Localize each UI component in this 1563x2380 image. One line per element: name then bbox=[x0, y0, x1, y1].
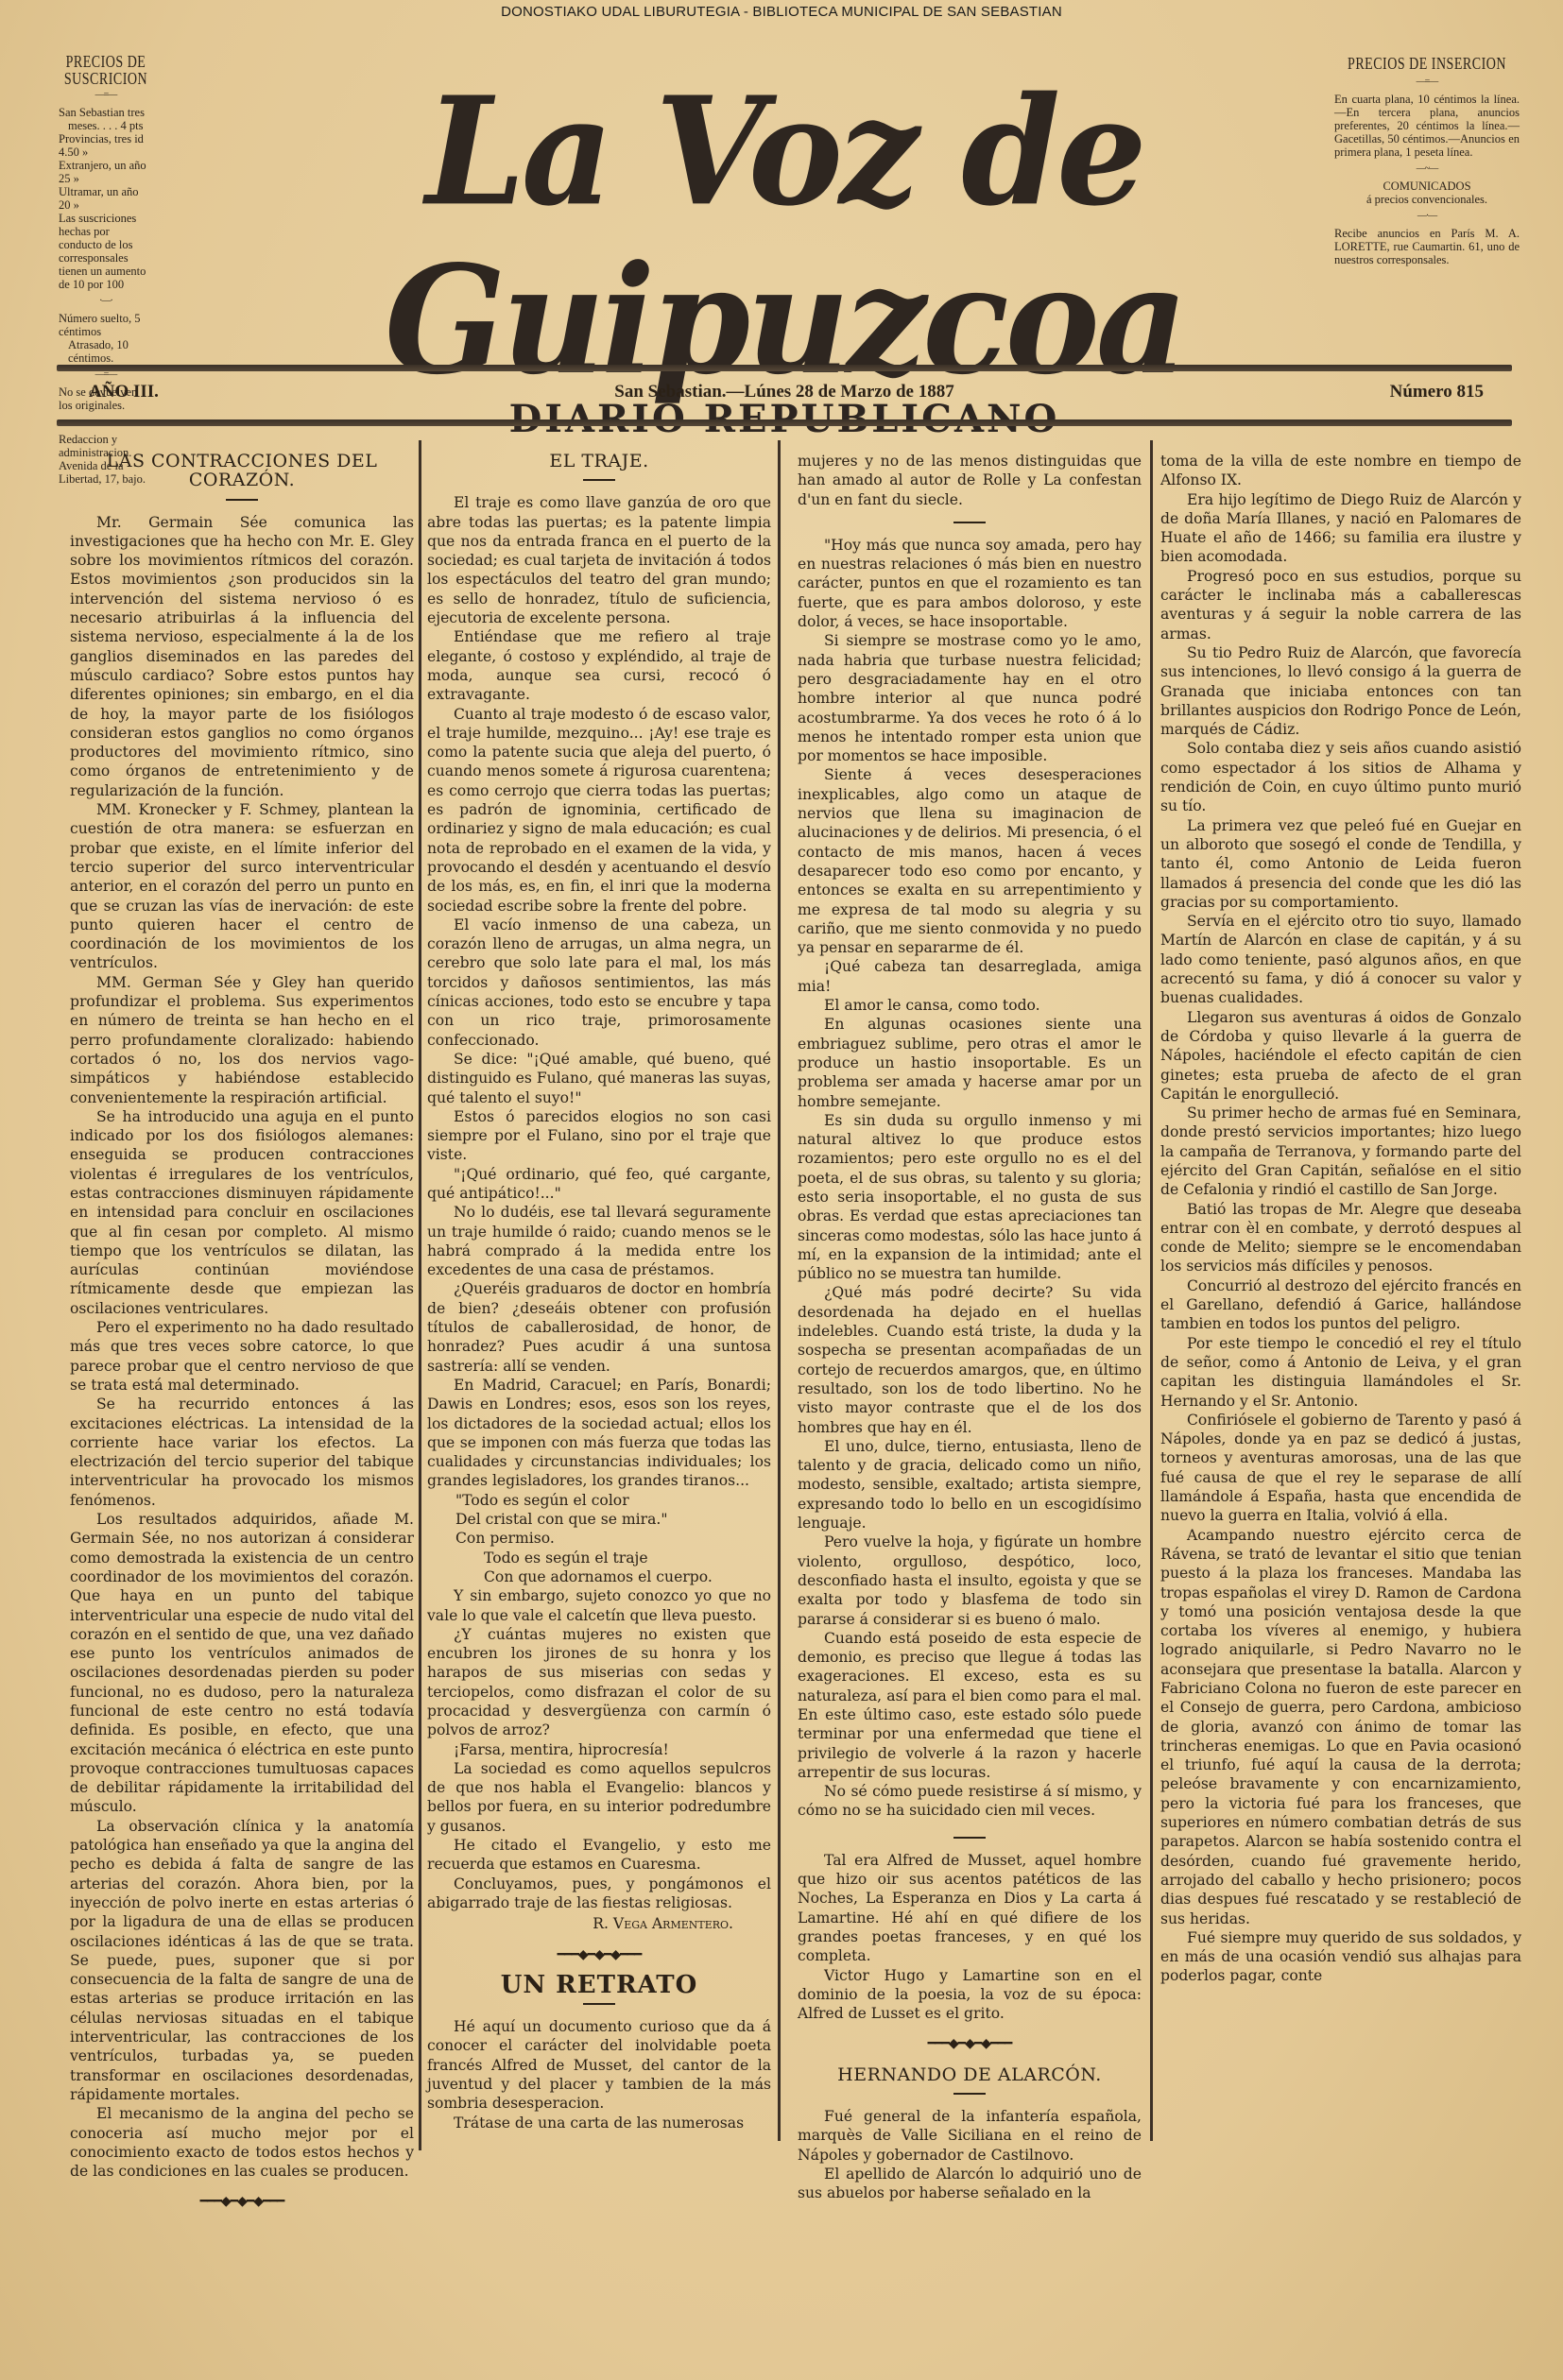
verse-line: "Todo es según el color bbox=[427, 1491, 771, 1510]
archive-banner: DONOSTIAKO UDAL LIBURUTEGIA - BIBLIOTECA… bbox=[0, 4, 1563, 20]
paragraph: Si siempre se mostrase como yo le amo, n… bbox=[798, 631, 1142, 765]
paragraph: Solo contaba diez y seis años cuando asi… bbox=[1160, 739, 1521, 815]
heading-dash bbox=[427, 1998, 771, 2008]
section-dash bbox=[798, 517, 1142, 526]
paragraph: El apellido de Alarcón lo adquirió uno d… bbox=[798, 2165, 1142, 2203]
price-line: San Sebastian tres bbox=[59, 106, 153, 119]
paragraph: Se ha recurrido entonces á las excitacio… bbox=[70, 1395, 414, 1510]
ornament-divider: —·— bbox=[1334, 210, 1520, 223]
paragraph: Su primer hecho de armas fué en Seminara… bbox=[1160, 1104, 1521, 1199]
paragraph: Y sin embargo, sujeto conozco yo que no … bbox=[427, 1586, 771, 1625]
paragraph: Confiriósele el gobierno de Tarento y pa… bbox=[1160, 1411, 1521, 1526]
price-note: Las suscriciones hechas por conducto de … bbox=[59, 212, 153, 291]
article-heading: UN RETRATO bbox=[427, 1976, 771, 1995]
paragraph: Era hijo legítimo de Diego Ruiz de Alarc… bbox=[1160, 490, 1521, 567]
paragraph: Acampando nuestro ejército cerca de Ráve… bbox=[1160, 1526, 1521, 1928]
bottom-rule bbox=[57, 419, 1512, 426]
advertising-prices-box: PRECIOS DE INSERCION —=— En cuarta plana… bbox=[1334, 59, 1520, 266]
comunicados-heading: COMUNICADOS bbox=[1334, 180, 1520, 193]
paragraph: ¿Y cuántas mujeres no existen que encubr… bbox=[427, 1625, 771, 1740]
newspaper-title: La Voz de Guipuzcoa bbox=[255, 68, 1314, 405]
price-line: meses. . . . 4 pts bbox=[59, 119, 153, 132]
price-line: Extranjero, un año 25 » bbox=[59, 159, 153, 185]
paragraph: En algunas ocasiones siente una embriagu… bbox=[798, 1015, 1142, 1110]
article-contracciones: LAS CONTRACCIONES DEL CORAZÓN. Mr. Germa… bbox=[70, 452, 414, 2223]
fleuron-ornament: ━━━◆━◆━◆━━━ bbox=[70, 2192, 414, 2211]
paragraph: Batió las tropas de Mr. Alegre que desea… bbox=[1160, 1200, 1521, 1276]
paragraph: Fué general de la infantería española, m… bbox=[798, 2107, 1142, 2165]
paragraph: Es sin duda su orgullo inmenso y mi natu… bbox=[798, 1111, 1142, 1284]
paragraph: ¡Qué cabeza tan desarreglada, amiga mia! bbox=[798, 957, 1142, 996]
paragraph: La observación clínica y la anatomía pat… bbox=[70, 1817, 414, 2104]
paragraph: Fué siempre muy querido de sus soldados,… bbox=[1160, 1928, 1521, 1986]
author-signature: R. Vega Armentero. bbox=[427, 1914, 771, 1933]
verse-line: Con que adornamos el cuerpo. bbox=[427, 1567, 771, 1586]
ornament-divider: —=— bbox=[59, 89, 153, 102]
section-dash bbox=[798, 1832, 1142, 1841]
subscription-heading: PRECIOS DE SUSCRICION bbox=[59, 55, 153, 89]
paragraph: El mecanismo de la angina del pecho se c… bbox=[70, 2104, 414, 2181]
paragraph: Se dice: "¡Qué amable, qué bueno, qué di… bbox=[427, 1050, 771, 1107]
paragraph: Se ha introducido una aguja en el punto … bbox=[70, 1107, 414, 1318]
paragraph: Entiéndase que me refiero al traje elega… bbox=[427, 627, 771, 704]
heading-dash bbox=[70, 494, 414, 504]
heading-dash bbox=[427, 474, 771, 484]
advertising-rates: En cuarta plana, 10 céntimos la línea.—E… bbox=[1334, 93, 1520, 159]
paragraph: Trátase de una carta de las numerosas bbox=[427, 2114, 771, 2132]
verse-line: Todo es según el traje bbox=[427, 1549, 771, 1567]
paragraph: He citado el Evangelio, y esto me recuer… bbox=[427, 1836, 771, 1875]
article-heading: LAS CONTRACCIONES DEL CORAZÓN. bbox=[70, 452, 414, 490]
advertising-heading: PRECIOS DE INSERCION bbox=[1334, 57, 1520, 74]
paragraph: No sé cómo puede resistirse á sí mismo, … bbox=[798, 1782, 1142, 1821]
paragraph: Victor Hugo y Lamartine son en el domini… bbox=[798, 1966, 1142, 2024]
paragraph: ¡Farsa, mentira, hiprocresía! bbox=[427, 1740, 771, 1759]
paragraph: ¿Queréis graduaros de doctor en hombría … bbox=[427, 1279, 771, 1375]
paragraph: La primera vez que peleó fué en Guejar e… bbox=[1160, 816, 1521, 912]
paragraph: La sociedad es como aquellos sepulcros d… bbox=[427, 1759, 771, 1836]
paragraph: Llegaron sus aventuras á oidos de Gonzal… bbox=[1160, 1008, 1521, 1104]
price-line: Ultramar, un año 20 » bbox=[59, 185, 153, 212]
fleuron-ornament: ━━━◆━◆━◆━━━ bbox=[427, 1945, 771, 1964]
verse-line: Del cristal con que se mira." bbox=[427, 1510, 771, 1529]
paragraph: No lo dudéis, ese tal llevará segurament… bbox=[427, 1203, 771, 1279]
paragraph: Cuando está poseido de esta especie de d… bbox=[798, 1629, 1142, 1782]
article-heading: HERNANDO DE ALARCÓN. bbox=[798, 2065, 1142, 2084]
paragraph: Los resultados adquiridos, añade M. Germ… bbox=[70, 1510, 414, 1817]
paragraph: Concurrió al destrozo del ejército franc… bbox=[1160, 1276, 1521, 1334]
issue-year: AÑO III. bbox=[89, 382, 159, 402]
paragraph: Pero el experimento no ha dado resultado… bbox=[70, 1318, 414, 1395]
single-issue-price: Número suelto, 5 céntimos bbox=[59, 312, 153, 338]
paragraph: Cuanto al traje modesto ó de escaso valo… bbox=[427, 705, 771, 916]
paragraph: Servía en el ejército otro tio suyo, lla… bbox=[1160, 912, 1521, 1007]
paragraph: Siente á veces desesperaciones inexplica… bbox=[798, 765, 1142, 957]
paragraph: El vacío inmenso de una cabeza, un coraz… bbox=[427, 916, 771, 1050]
paragraph: toma de la villa de este nombre en tiemp… bbox=[1160, 452, 1521, 490]
verse-line: Con permiso. bbox=[427, 1529, 771, 1548]
issue-date: San Sebastian.—Lúnes 28 de Marzo de 1887 bbox=[57, 382, 1512, 402]
paragraph: Tal era Alfred de Musset, aquel hombre q… bbox=[798, 1851, 1142, 1966]
paragraph: Concluyamos, pues, y pongámonos el abiga… bbox=[427, 1875, 771, 1913]
paragraph: Hé aquí un documento curioso que da á co… bbox=[427, 2017, 771, 2113]
paragraph: "¡Qué ordinario, qué feo, qué cargante, … bbox=[427, 1165, 771, 1204]
heading-dash bbox=[798, 2088, 1142, 2097]
article-un-retrato-continued: mujeres y no de las menos distinguidas q… bbox=[798, 452, 1142, 2203]
paragraph: El traje es como llave ganzúa de oro que… bbox=[427, 493, 771, 627]
back-issue-price: Atrasado, 10 céntimos. bbox=[59, 338, 153, 365]
column-divider bbox=[1150, 440, 1153, 2141]
comunicados-text: á precios convencionales. bbox=[1334, 193, 1520, 206]
paragraph: mujeres y no de las menos distinguidas q… bbox=[798, 452, 1142, 509]
paragraph: MM. German Sée y Gley han querido profun… bbox=[70, 973, 414, 1107]
paragraph: En Madrid, Caracuel; en París, Bonardi; … bbox=[427, 1376, 771, 1491]
top-rule bbox=[57, 365, 1512, 371]
ornament-divider: —=— bbox=[1334, 76, 1520, 89]
paragraph: El amor le cansa, como todo. bbox=[798, 996, 1142, 1015]
article-heading: EL TRAJE. bbox=[427, 452, 771, 471]
column-divider bbox=[778, 440, 781, 2141]
paragraph: ¿Qué más podré decirte? Su vida desorden… bbox=[798, 1283, 1142, 1436]
paragraph: Mr. Germain Sée comunica las investigaci… bbox=[70, 513, 414, 800]
paragraph: Progresó poco en sus estudios, porque su… bbox=[1160, 567, 1521, 643]
price-line: Provincias, tres id 4.50 » bbox=[59, 132, 153, 159]
paragraph: Por este tiempo le concedió el rey el tí… bbox=[1160, 1334, 1521, 1411]
issue-number: Número 815 bbox=[1390, 382, 1484, 402]
paragraph: El uno, dulce, tierno, entusiasta, lleno… bbox=[798, 1437, 1142, 1532]
article-hernando-continued: toma de la villa de este nombre en tiemp… bbox=[1160, 452, 1521, 1986]
ornament-divider: —~— bbox=[1334, 163, 1520, 176]
paragraph: Estos ó parecidos elogios no son casi si… bbox=[427, 1107, 771, 1165]
paragraph: Pero vuelve la hoja, y figúrate un hombr… bbox=[798, 1532, 1142, 1628]
paragraph: MM. Kronecker y F. Schmey, plantean la c… bbox=[70, 800, 414, 973]
ornament-divider: ·—· bbox=[59, 295, 153, 308]
paragraph: "Hoy más que nunca soy amada, pero hay e… bbox=[798, 536, 1142, 631]
article-el-traje: EL TRAJE. El traje es como llave ganzúa … bbox=[427, 452, 771, 2132]
paragraph: Su tio Pedro Ruiz de Alarcón, que favore… bbox=[1160, 643, 1521, 739]
paris-agent: Recibe anuncios en París M. A. LORETTE, … bbox=[1334, 227, 1520, 266]
column-divider bbox=[419, 440, 421, 2150]
fleuron-ornament: ━━━◆━◆━◆━━━ bbox=[798, 2034, 1142, 2053]
